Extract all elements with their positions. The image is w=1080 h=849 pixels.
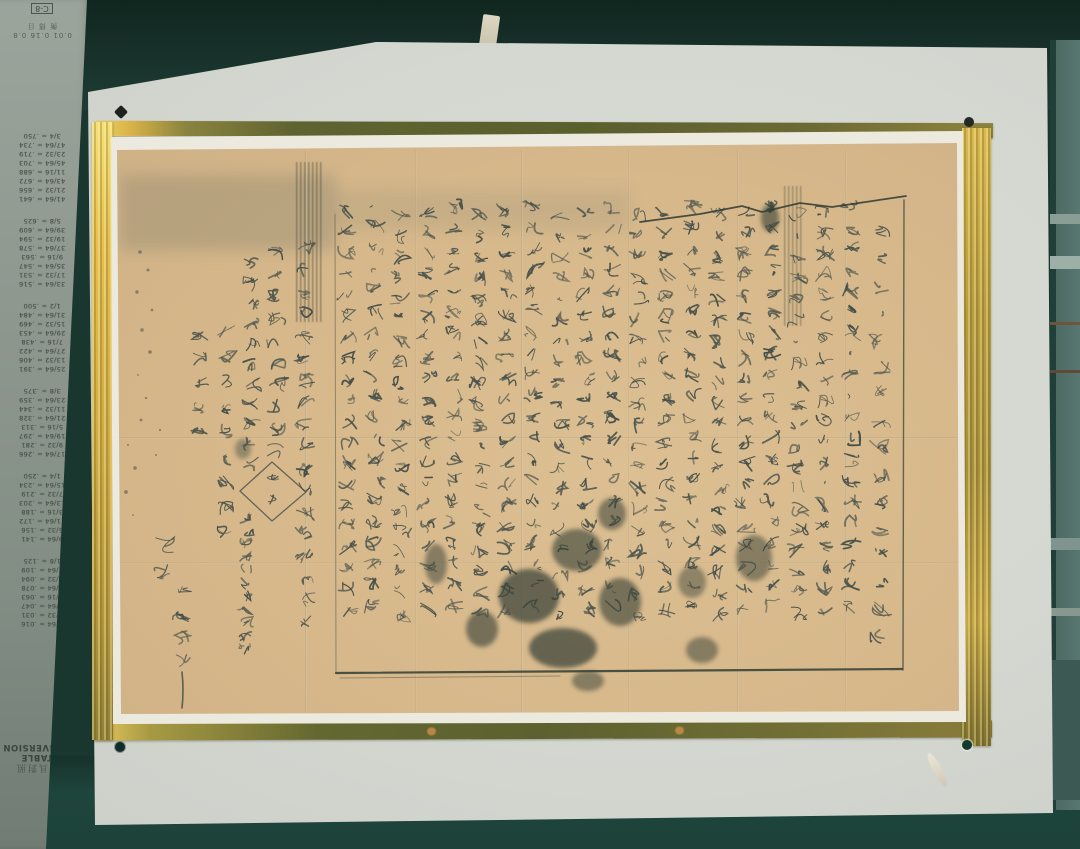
push-pin-bottom-right [962,740,972,750]
push-pin-top-right [964,117,974,127]
push-pin-bottom-left [115,742,125,752]
photograph-of-mounted-manuscript: 0.01 0.16 0.8 衡 傳 目 C-8 1/64 = .0161/32 … [0,0,1080,849]
manuscript-ink [0,0,1080,849]
